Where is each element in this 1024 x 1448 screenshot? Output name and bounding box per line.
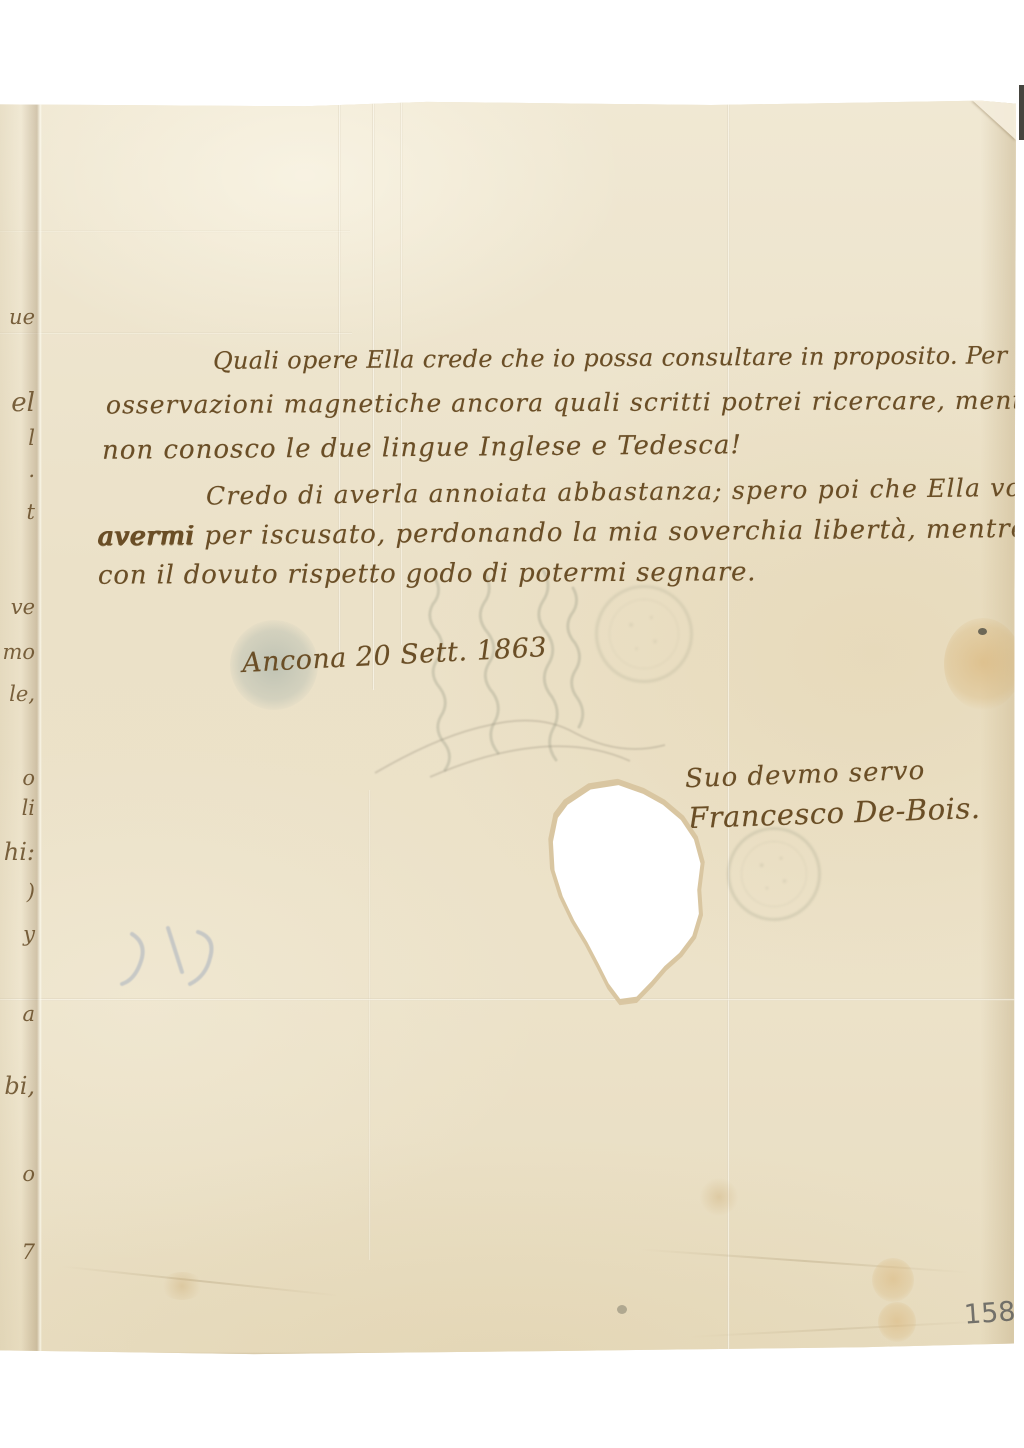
- left-page-fragment: l: [28, 426, 35, 450]
- foxing-spot: [160, 1272, 204, 1300]
- scan-edge-sliver: [1019, 85, 1024, 140]
- vertical-crease: [368, 790, 371, 1260]
- small-stain: [617, 1305, 627, 1314]
- dark-speck: [978, 628, 987, 635]
- horizontal-crease: [0, 332, 352, 335]
- wrinkle: [640, 1248, 969, 1273]
- letter-line-2: osservazioni magnetiche ancora quali scr…: [106, 386, 1024, 420]
- left-page-fragment: mo: [2, 640, 35, 664]
- letter-paper: Quali opere Ella crede che io possa cons…: [0, 100, 1016, 1356]
- left-page-fragment: el: [11, 388, 35, 418]
- letter-line-3: non conosco le due lingue Inglese e Tede…: [102, 430, 742, 466]
- letter-line-5-rest: per iscusato, perdonando la mia soverchi…: [204, 514, 1024, 551]
- left-page-fragment: t: [27, 500, 35, 524]
- paper-hole: [548, 783, 712, 1001]
- letter-scan: Quali opere Ella crede che io possa cons…: [0, 0, 1024, 1448]
- left-page-fragment: ): [27, 880, 35, 904]
- left-page-fragment: a: [22, 1002, 35, 1026]
- wrinkle: [690, 1320, 990, 1338]
- overwritten-word: avermi: [98, 521, 195, 552]
- letter-line-6: con il dovuto rispetto godo di potermi s…: [98, 557, 756, 590]
- signature: Francesco De-Bois.: [687, 791, 981, 835]
- left-page-fragment: .: [28, 458, 35, 482]
- foxing-spot: [872, 1258, 914, 1302]
- left-page-fragment: li: [22, 796, 35, 820]
- hole-core: [548, 783, 712, 1001]
- left-page-fragment: ue: [9, 305, 35, 329]
- adjacent-page-edge: ue el l . t ve mo le, o li hi: ) y a bi,…: [0, 100, 42, 1356]
- vertical-fold: [727, 100, 730, 1356]
- foxing-spot: [700, 1178, 738, 1216]
- left-page-fragment: o: [22, 766, 35, 790]
- letter-line-1: Quali opere Ella crede che io possa cons…: [213, 341, 1024, 375]
- folded-corner: [972, 100, 1016, 140]
- foxing-spot: [878, 1302, 916, 1342]
- closing-line: Suo devmo servo: [685, 756, 926, 794]
- postmark-stamp: [727, 827, 821, 921]
- left-page-fragment: 7: [22, 1240, 35, 1264]
- page-number: 158: [963, 1296, 1017, 1331]
- left-page-fragment: bi,: [4, 1072, 35, 1100]
- letter-line-5: avermi per iscusato, perdonando la mia s…: [98, 514, 1024, 552]
- horizontal-crease: [0, 230, 350, 233]
- left-page-fragment: hi:: [4, 838, 35, 866]
- pencil-sketch-curve: [370, 685, 670, 785]
- postmark-stamp: [595, 585, 693, 683]
- blue-show-through-mark: [102, 920, 242, 998]
- left-page-fragment: o: [22, 1162, 35, 1186]
- letter-line-4: Credo di averla annoiata abbastanza; spe…: [206, 473, 1024, 511]
- left-page-fragment: y: [23, 922, 35, 946]
- left-page-fragment: le,: [9, 682, 35, 706]
- horizontal-fold: [0, 998, 1016, 1001]
- left-page-fragment: ve: [11, 595, 35, 619]
